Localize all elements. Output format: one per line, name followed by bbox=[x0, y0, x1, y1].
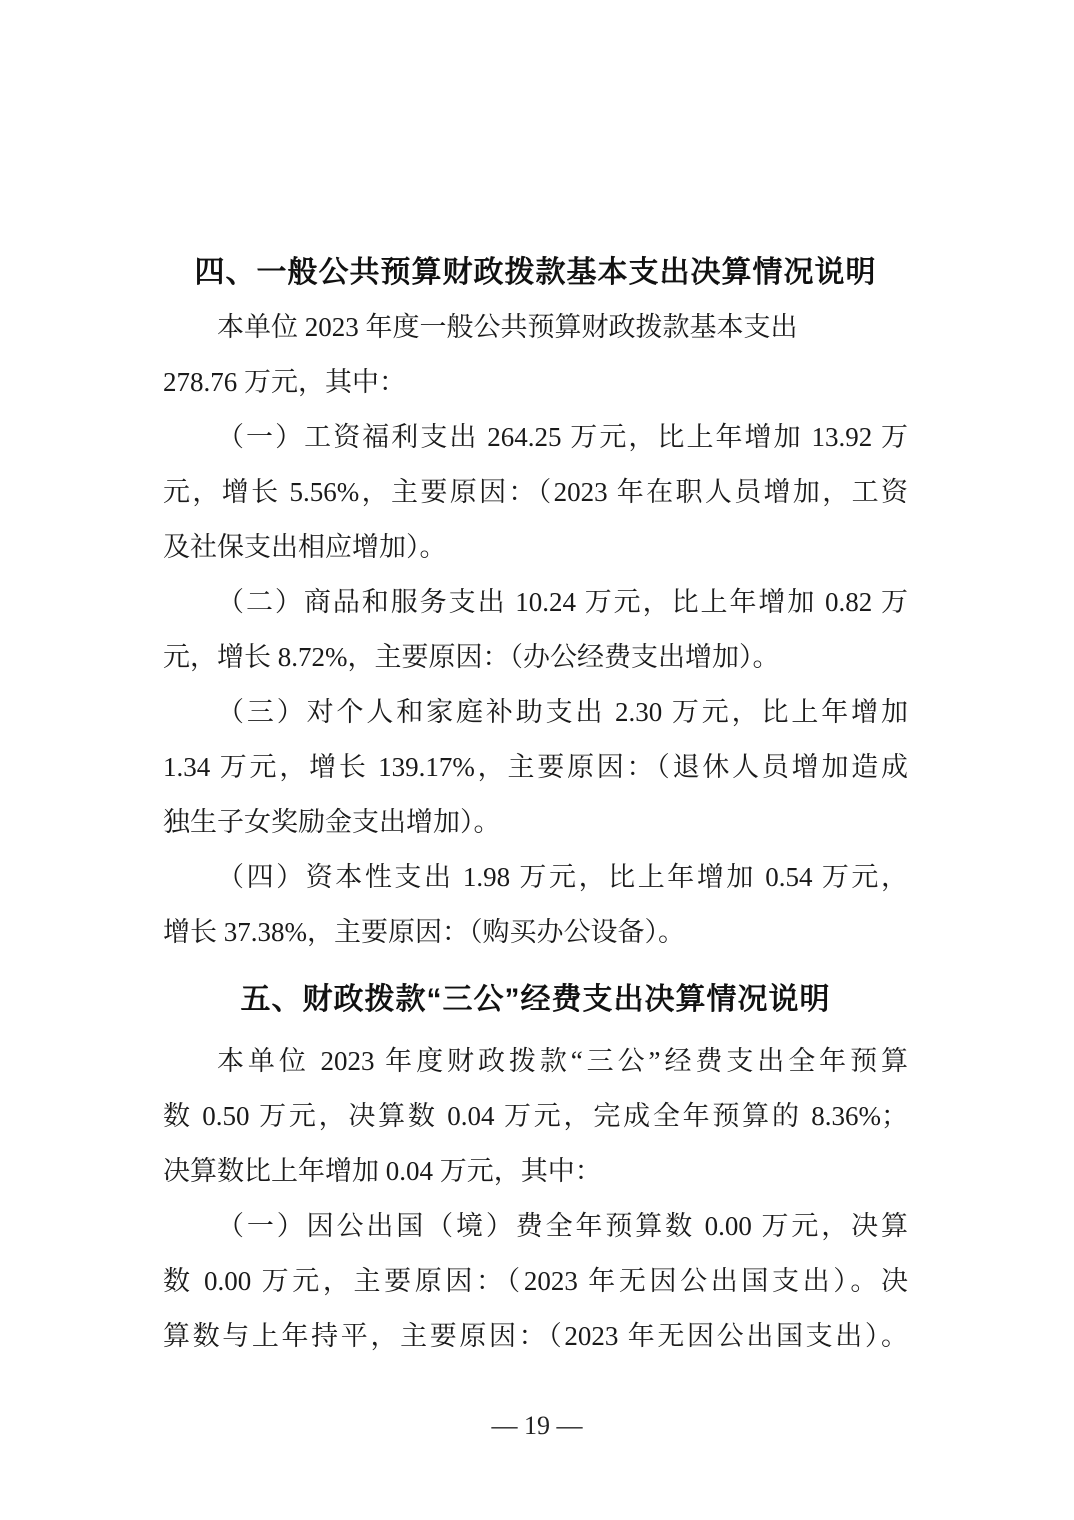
page-number: — 19 — bbox=[492, 1411, 583, 1440]
paragraph-line: （一）工资福利支出 264.25 万元，比上年增加 13.92 万 bbox=[163, 410, 908, 465]
page-footer: — 19 — bbox=[0, 1398, 1074, 1453]
paragraph-line: 及社保支出相应增加）。 bbox=[163, 520, 908, 575]
document-page: 四、一般公共预算财政拨款基本支出决算情况说明本单位 2023 年度一般公共预算财… bbox=[0, 0, 1074, 1520]
paragraph-line: 本单位 2023 年度财政拨款“三公”经费支出全年预算 bbox=[163, 1034, 908, 1089]
paragraph-line: （一）因公出国（境）费全年预算数 0.00 万元，决算 bbox=[163, 1199, 908, 1254]
paragraph-line: （三）对个人和家庭补助支出 2.30 万元，比上年增加 bbox=[163, 685, 908, 740]
paragraph-line: 数 0.50 万元，决算数 0.04 万元，完成全年预算的 8.36%； bbox=[163, 1089, 908, 1144]
paragraph-line: 决算数比上年增加 0.04 万元，其中： bbox=[163, 1144, 908, 1199]
paragraph: （一）工资福利支出 264.25 万元，比上年增加 13.92 万元，增长 5.… bbox=[163, 410, 908, 575]
paragraph-line: 算数与上年持平，主要原因：（2023 年无因公出国支出）。 bbox=[163, 1309, 908, 1364]
paragraph: （三）对个人和家庭补助支出 2.30 万元，比上年增加1.34 万元，增长 13… bbox=[163, 685, 908, 850]
paragraph-line: 278.76 万元，其中： bbox=[163, 355, 908, 410]
paragraph: 本单位 2023 年度财政拨款“三公”经费支出全年预算数 0.50 万元，决算数… bbox=[163, 1034, 908, 1199]
paragraph: （二）商品和服务支出 10.24 万元，比上年增加 0.82 万元，增长 8.7… bbox=[163, 575, 908, 685]
paragraph-line: 元，增长 5.56%，主要原因：（2023 年在职人员增加，工资 bbox=[163, 465, 908, 520]
paragraph-line: 1.34 万元，增长 139.17%，主要原因：（退休人员增加造成 bbox=[163, 740, 908, 795]
document-content: 四、一般公共预算财政拨款基本支出决算情况说明本单位 2023 年度一般公共预算财… bbox=[163, 245, 908, 1364]
paragraph-line: 元，增长 8.72%，主要原因：（办公经费支出增加）。 bbox=[163, 630, 908, 685]
section-5-heading: 五、财政拨款“三公”经费支出决算情况说明 bbox=[163, 972, 908, 1027]
paragraph-line: 独生子女奖励金支出增加）。 bbox=[163, 795, 908, 850]
section-4-heading: 四、一般公共预算财政拨款基本支出决算情况说明 bbox=[163, 245, 908, 300]
paragraph-line: 数 0.00 万元，主要原因：（2023 年无因公出国支出）。决 bbox=[163, 1254, 908, 1309]
paragraph: 本单位 2023 年度一般公共预算财政拨款基本支出278.76 万元，其中： bbox=[163, 300, 908, 410]
paragraph-line: 增长 37.38%，主要原因：（购买办公设备）。 bbox=[163, 905, 908, 960]
paragraph-line: 本单位 2023 年度一般公共预算财政拨款基本支出 bbox=[163, 300, 908, 355]
paragraph-line: （四）资本性支出 1.98 万元，比上年增加 0.54 万元， bbox=[163, 850, 908, 905]
paragraph-line: （二）商品和服务支出 10.24 万元，比上年增加 0.82 万 bbox=[163, 575, 908, 630]
paragraph: （四）资本性支出 1.98 万元，比上年增加 0.54 万元，增长 37.38%… bbox=[163, 850, 908, 960]
paragraph: （一）因公出国（境）费全年预算数 0.00 万元，决算数 0.00 万元，主要原… bbox=[163, 1199, 908, 1364]
